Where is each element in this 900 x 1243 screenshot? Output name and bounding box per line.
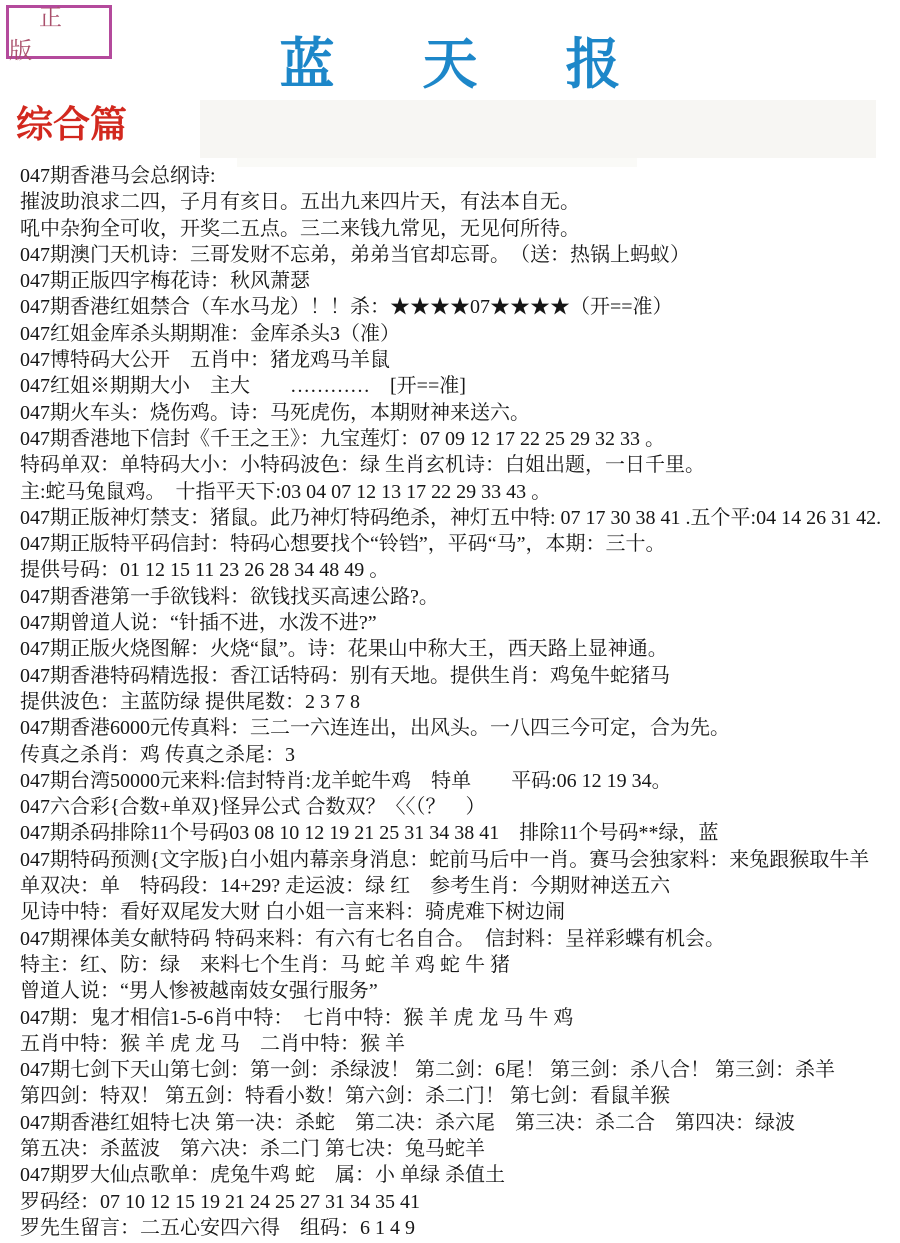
paper-title: 蓝天报 (0, 20, 900, 99)
text-line: 单双决：单 特码段：14+29? 走运波：绿 红 参考生肖：今期财神送五六 (20, 873, 898, 899)
text-line: 047期裸体美女献特码 特码来料：有六有七名自合。 信封料：呈祥彩蝶有机会。 (20, 926, 898, 952)
text-line: 罗码经：07 10 12 15 19 21 24 25 27 31 34 35 … (20, 1189, 898, 1215)
text-line: 047期香港特码精选报：香江话特码：别有天地。提供生肖：鸡兔牛蛇猪马 (20, 663, 898, 689)
text-line: 吼中杂狗全可收，开奖二五点。三二来钱九常见，无见何所待。 (20, 216, 898, 242)
page: 正版 蓝天报 综合篇 047期香港马会总纲诗:摧波助浪求二四，子月有亥日。五出九… (0, 0, 900, 1243)
text-line: 047博特码大公开 五肖中：猪龙鸡马羊鼠 (20, 347, 898, 373)
text-line: 曾道人说：“男人惨被越南妓女强行服务” (20, 978, 898, 1004)
text-line: 047期香港6000元传真料：三二一六连连出，出风头。一八四三今可定，合为先。 (20, 715, 898, 741)
content-lines: 047期香港马会总纲诗:摧波助浪求二四，子月有亥日。五出九来四片天，有法本自无。… (20, 163, 898, 1241)
text-line: 047红姐※期期大小 主大 ………… [开==准] (20, 373, 898, 399)
text-line: 047期罗大仙点歌单：虎兔牛鸡 蛇 属：小 单绿 杀值土 (20, 1162, 898, 1188)
text-line: 第四剑：特双！ 第五剑：特看小数！第六剑：杀二门！ 第七剑：看鼠羊猴 (20, 1083, 898, 1109)
text-line: 047期正版四字梅花诗：秋风萧瑟 (20, 268, 898, 294)
section-heading: 综合篇 (16, 94, 127, 148)
text-line: 见诗中特：看好双尾发大财 白小姐一言来料：骑虎难下树边闹 (20, 899, 898, 925)
text-line: 特主：红、防：绿 来料七个生肖：马 蛇 羊 鸡 蛇 牛 猪 (20, 952, 898, 978)
text-line: 047期正版神灯禁支：猪鼠。此乃神灯特码绝杀，神灯五中特: 07 17 30 3… (20, 505, 898, 531)
text-line: 罗先生留言：二五心安四六得 组码：6 1 4 9 (20, 1215, 898, 1241)
text-line: 047期火车头：烧伤鸡。诗：马死虎伤，本期财神来送六。 (20, 400, 898, 426)
text-line: 047期七剑下天山第七剑：第一剑：杀绿波！ 第二剑：6尾！ 第三剑：杀八合！ 第… (20, 1057, 898, 1083)
text-line: 047期正版火烧图解：火烧“鼠”。诗：花果山中称大王，西天路上显神通。 (20, 636, 898, 662)
text-line: 047期台湾50000元来料:信封特肖:龙羊蛇牛鸡 特单 平码:06 12 19… (20, 768, 898, 794)
text-line: 047期香港地下信封《千王之王》：九宝莲灯：07 09 12 17 22 25 … (20, 426, 898, 452)
text-line: 摧波助浪求二四，子月有亥日。五出九来四片天，有法本自无。 (20, 189, 898, 215)
text-line: 047期曾道人说：“针插不进，水泼不进?” (20, 610, 898, 636)
scan-shade (200, 100, 876, 158)
text-line: 047期香港红姐特七决 第一决：杀蛇 第二决：杀六尾 第三决：杀二合 第四决：绿… (20, 1110, 898, 1136)
text-line: 047期澳门天机诗：三哥发财不忘弟，弟弟当官却忘哥。 （送：热锅上蚂蚁） (20, 242, 898, 268)
text-line: 047期香港红姐禁合（车水马龙）！！杀：★★★★07★★★★（开==准） (20, 294, 898, 320)
text-line: 047期：鬼才相信1-5-6肖中特： 七肖中特：猴 羊 虎 龙 马 牛 鸡 (20, 1005, 898, 1031)
text-line: 提供号码：01 12 15 11 23 26 28 34 48 49 。 (20, 557, 898, 583)
text-line: 提供波色：主蓝防绿 提供尾数：2 3 7 8 (20, 689, 898, 715)
text-line: 传真之杀肖：鸡 传真之杀尾：3 (20, 742, 898, 768)
text-line: 五肖中特：猴 羊 虎 龙 马 二肖中特：猴 羊 (20, 1031, 898, 1057)
text-line: 047期正版特平码信封：特码心想要找个“铃铛”，平码“马”，本期：三十。 (20, 531, 898, 557)
text-line: 第五决：杀蓝波 第六决：杀二门 第七决：兔马蛇羊 (20, 1136, 898, 1162)
text-line: 047六合彩{合数+单双}怪异公式 合数双？〈〈（？ ） (20, 794, 898, 820)
text-line: 主:蛇马兔鼠鸡。 十指平天下:03 04 07 12 13 17 22 29 3… (20, 479, 898, 505)
text-line: 047期特码预测{文字版}白小姐内幕亲身消息：蛇前马后中一肖。赛马会独家料：来兔… (20, 847, 898, 873)
text-line: 047红姐金库杀头期期准：金库杀头3（准） (20, 321, 898, 347)
text-line: 047期杀码排除11个号码03 08 10 12 19 21 25 31 34 … (20, 820, 898, 846)
text-line: 特码单双：单特码大小：小特码波色：绿 生肖玄机诗：白姐出题，一日千里。 (20, 452, 898, 478)
text-line: 047期香港第一手欲钱料：欲钱找买高速公路?。 (20, 584, 898, 610)
text-line: 047期香港马会总纲诗: (20, 163, 898, 189)
